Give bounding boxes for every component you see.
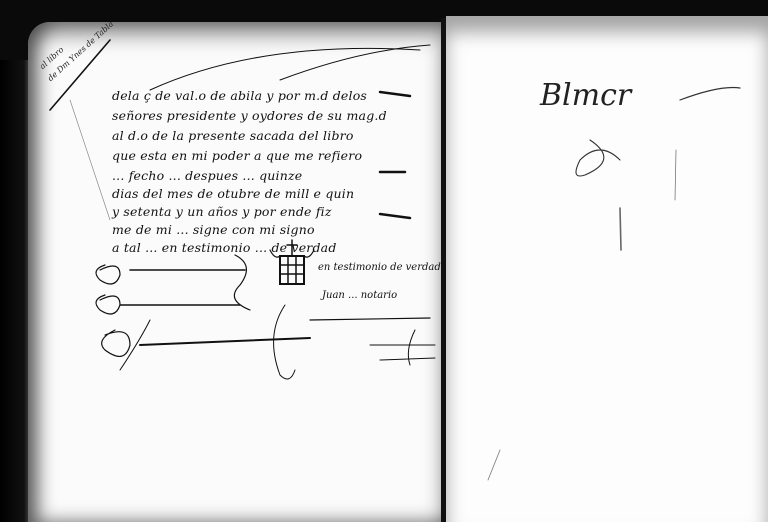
scanned-document: al libro de Dm Ynes de Tabla dela ç de v… <box>0 0 768 522</box>
ink-strokes <box>0 0 768 522</box>
